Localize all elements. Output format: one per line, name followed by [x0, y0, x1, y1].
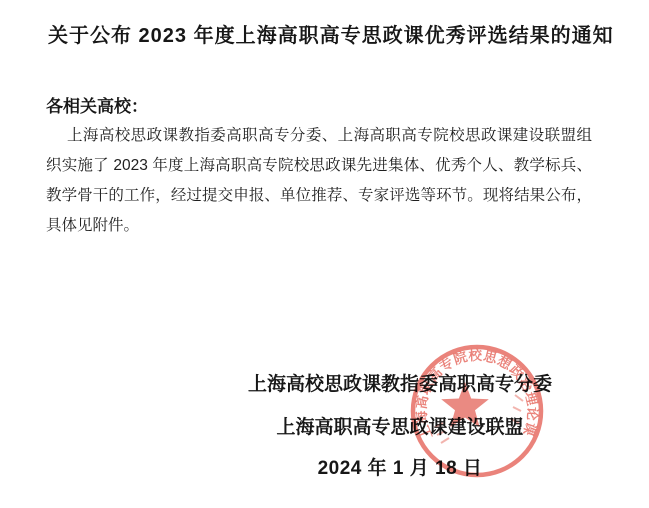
date-line: 2024 年 1 月 18 日 [150, 454, 649, 484]
body-line: 具体见附件。 [46, 211, 592, 241]
signature-line-1: 上海高校思政课教指委高职高专分委 [150, 370, 649, 400]
body-line: 上海高校思政课教指委高职高专分委、上海高职高专院校思政课建设联盟组 [46, 121, 592, 151]
signature-block: 上海高校思政课教指委高职高专分委 上海高职高专思政课建设联盟 2024 年 1 … [150, 370, 649, 484]
document-title: 关于公布 2023 年度上海高职高专思政课优秀评选结果的通知 [48, 19, 614, 48]
notice-document: 关于公布 2023 年度上海高职高专思政课优秀评选结果的通知 各相关高校： 上海… [0, 0, 649, 508]
body-paragraph: 上海高校思政课教指委高职高专分委、上海高职高专院校思政课建设联盟组 织实施了 2… [46, 121, 592, 241]
body-line: 织实施了 2023 年度上海高职高专院校思政课先进集体、优秀个人、教学标兵、 [46, 151, 592, 181]
salutation: 各相关高校： [46, 92, 148, 117]
body-line: 教学骨干的工作，经过提交申报、单位推荐、专家评选等环节。现将结果公布， [46, 181, 592, 211]
signature-line-2: 上海高职高专思政课建设联盟 [150, 413, 649, 443]
